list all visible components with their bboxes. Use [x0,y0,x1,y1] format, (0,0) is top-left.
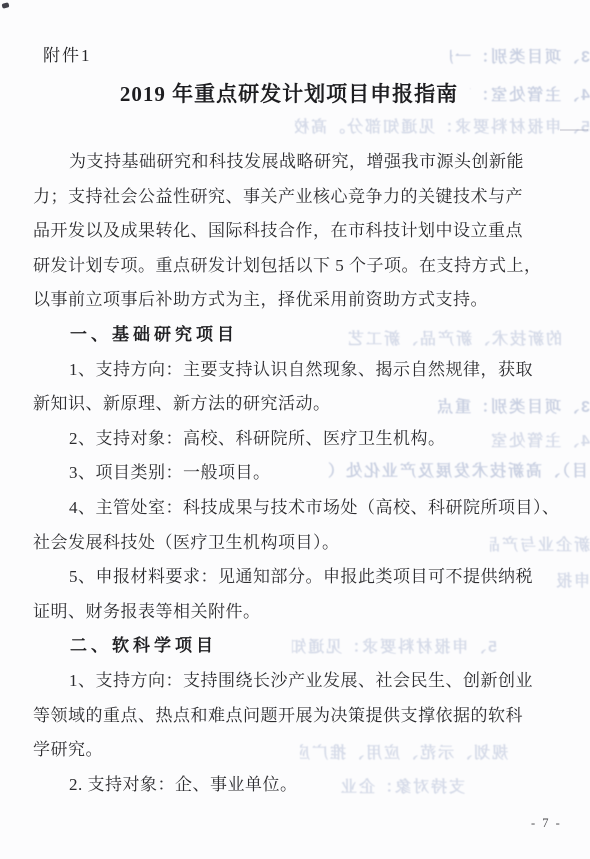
page-number: - 7 - [531,816,562,831]
section-heading: 二、软科学项目 [33,629,559,664]
body-line: 2、支持对象：高校、科研院所、医疗卫生机构。 [33,422,559,457]
body-line: 新知识、新原理、新方法的研究活动。 [33,387,559,422]
bleedthrough-text: 5、申报材料要求：见通知部分。高校、科研院所申报此类项 [295,114,590,137]
scan-artifact-line [560,129,588,131]
body-line: 社会发展科技处（医疗卫生机构项目）。 [33,526,559,561]
scan-speck [1,2,9,9]
body-line: 5、申报材料要求：见通知部分。申报此类项目可不提供纳税 [33,560,559,595]
body-line: 学研究。 [33,733,559,768]
body-line: 3、项目类别：一般项目。 [33,456,559,491]
body-line: 2. 支持对象：企、事业单位。 [33,768,559,803]
body-line: 1、支持方向：支持围绕长沙产业发展、社会民生、创新创业 [33,664,559,699]
body-line: 1、支持方向：主要支持认识自然现象、揭示自然规律，获取 [33,353,559,388]
body-line: 4、主管处室：科技成果与技术市场处（高校、科研院所项目）、 [33,491,559,526]
body-line: 以事前立项事后补助方式为主，择优采用前资助方式支持。 [33,283,559,318]
document-body: 为支持基础研究和科技发展战略研究，增强我市源头创新能 力；支持社会公益性研究、事… [33,145,559,802]
body-line: 为支持基础研究和科技发展战略研究，增强我市源头创新能 [33,145,559,180]
bleedthrough-text: 3、项目类别：一般项目。 [450,44,590,67]
body-line: 等领域的重点、热点和难点问题开展为决策提供支撑依据的软科 [33,699,559,734]
body-line: 力；支持社会公益性研究、事关产业核心竞争力的关键技术与产 [33,180,559,215]
attachment-label: 附件1 [43,41,92,66]
scanned-document-page: 3、项目类别：一般项目。 4、主管处室：高新技术 5、申报材料要求：见通知部分。… [0,0,590,859]
section-heading: 一、基础研究项目 [33,318,559,353]
document-title: 2019 年重点研发计划项目申报指南 [0,78,578,108]
body-line: 研发计划专项。重点研发计划包括以下 5 个子项。在支持方式上， [33,249,559,284]
body-line: 证明、财务报表等相关附件。 [33,595,559,630]
body-line: 品开发以及成果转化、国际科技合作，在市科技计划中设立重点 [33,214,559,249]
